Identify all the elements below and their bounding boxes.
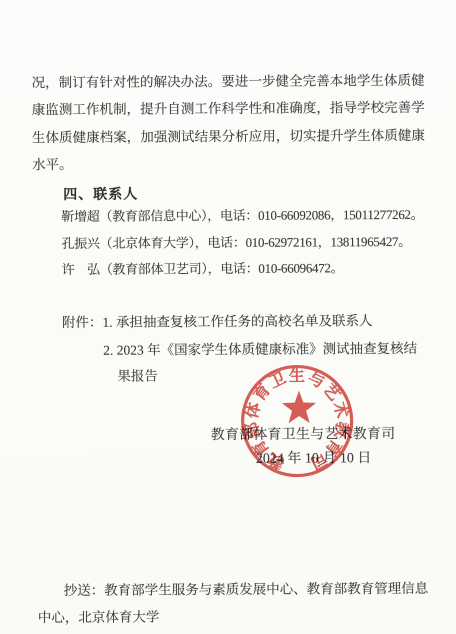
paragraph-line: 康监测工作机制，提升自测工作科学性和准确度，指导学校完善学 xyxy=(32,94,425,124)
attachment-label: 附件： xyxy=(62,315,103,330)
cc-line-1: 抄送：教育部学生服务与素质发展中心、教育部教育管理信息 xyxy=(64,577,429,599)
official-seal-stamp: 教育部体育卫生与艺术教育司 xyxy=(237,361,357,481)
contact-list: 靳增超（教育部信息中心），电话：010-66092086，15011277262… xyxy=(61,202,441,284)
contact-line: 孔振兴（北京体育大学），电话：010-62972161，13811965427。 xyxy=(61,228,441,257)
attachment-line-3: 果报告 xyxy=(117,364,158,384)
paragraph-line: 水平。 xyxy=(32,149,425,179)
body-paragraph: 况，制订有针对性的解决办法。要进一步健全完善本地学生体质健康监测工作机制，提升自… xyxy=(31,67,425,179)
document-page: 况，制订有针对性的解决办法。要进一步健全完善本地学生体质健康监测工作机制，提升自… xyxy=(0,0,456,634)
paragraph-line: 生体质健康档案，加强测试结果分析应用，切实提升学生体质健康 xyxy=(32,122,425,152)
cc-line-2: 中心，北京体育大学 xyxy=(38,605,160,626)
section-heading: 四、联系人 xyxy=(63,184,138,204)
attachment-line-1: 附件：1. 承担抽查复核工作任务的高校名单及联系人 xyxy=(62,309,373,331)
attachment-line-2: 2. 2023 年《国家学生体质健康标准》测试抽查复核结 xyxy=(103,337,417,359)
attachment-item-1: 1. 承担抽查复核工作任务的高校名单及联系人 xyxy=(102,313,372,330)
document-content: 况，制订有针对性的解决办法。要进一步健全完善本地学生体质健康监测工作机制，提升自… xyxy=(0,0,456,634)
contact-line: 许 弘（教育部体卫艺司），电话：010-66096472。 xyxy=(62,255,442,284)
seal-arc-character: 生 xyxy=(289,367,305,385)
contact-line: 靳增超（教育部信息中心），电话：010-66092086，15011277262… xyxy=(61,202,441,231)
seal-star-icon xyxy=(282,390,316,423)
paragraph-line: 况，制订有针对性的解决办法。要进一步健全完善本地学生体质健 xyxy=(31,67,424,97)
